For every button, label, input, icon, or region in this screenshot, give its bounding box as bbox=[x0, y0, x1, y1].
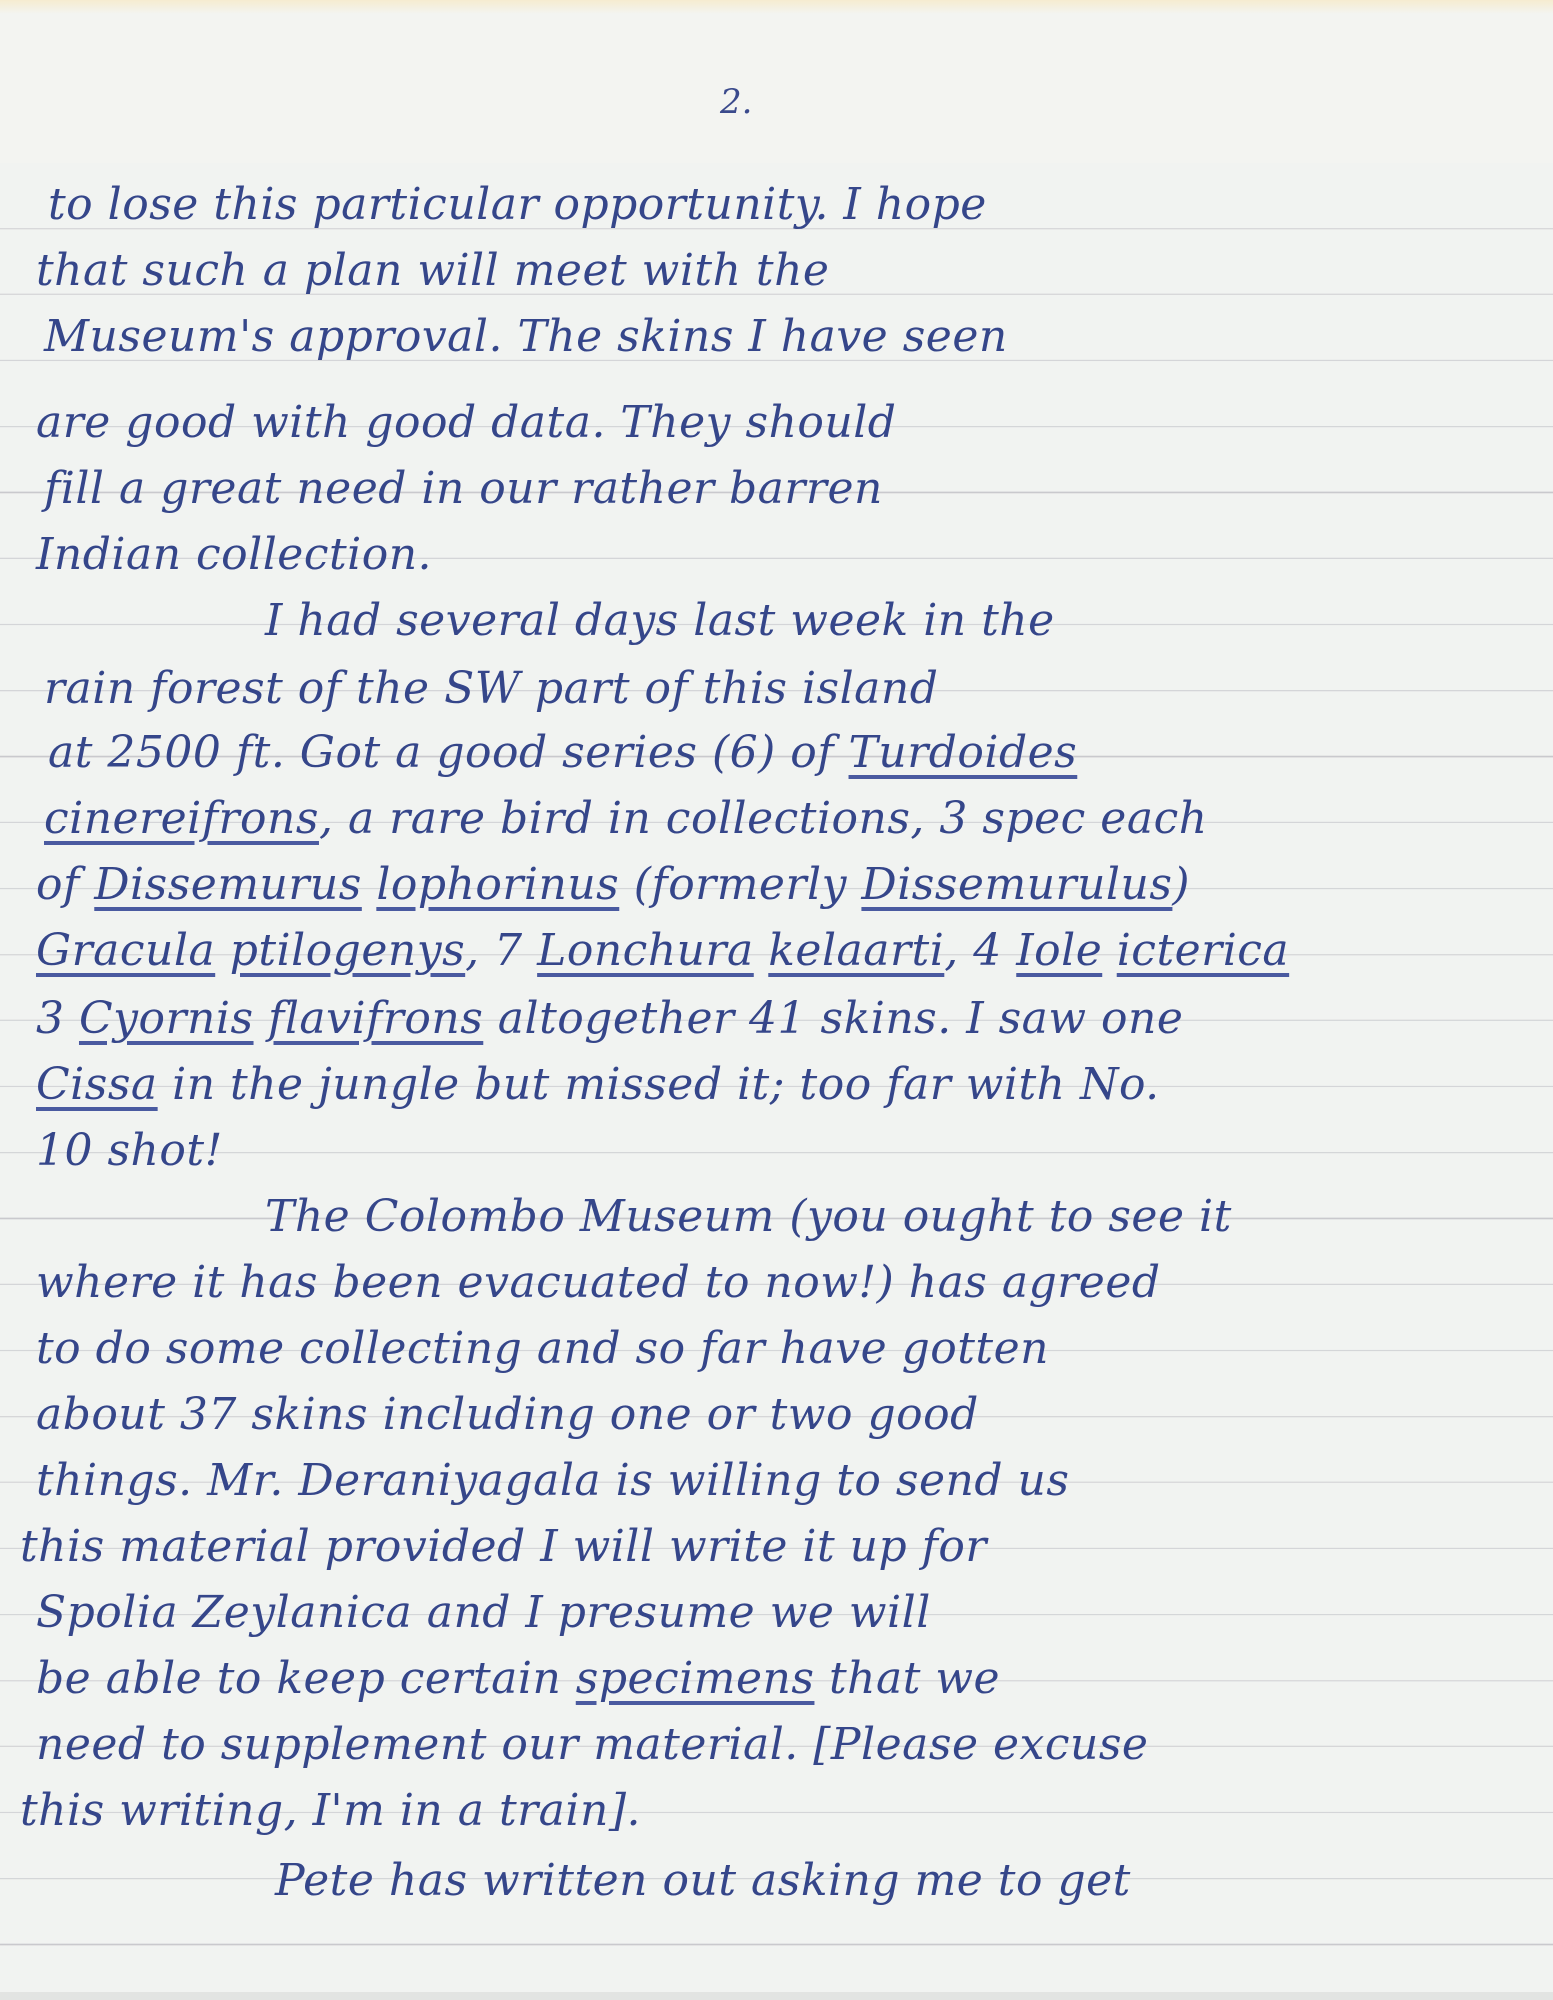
letter-line-20: things. Mr. Deraniyagala is willing to s… bbox=[36, 1456, 1069, 1506]
genus-name: Gracula bbox=[36, 925, 215, 976]
species-name: kelaarti bbox=[768, 925, 944, 976]
letter-line-19: about 37 skins including one or two good bbox=[36, 1390, 979, 1440]
letter-line-14: Cissa in the jungle but missed it; too f… bbox=[36, 1060, 1160, 1110]
letter-line-7: I had several days last week in the bbox=[265, 596, 1055, 646]
line-text bbox=[254, 993, 269, 1044]
genus-name: Lonchura bbox=[537, 925, 754, 976]
line-text: 3 bbox=[36, 993, 79, 1044]
letter-line-26: Pete has written out asking me to get bbox=[275, 1856, 1131, 1906]
species-name: cinereifrons bbox=[44, 793, 319, 844]
letter-line-1: to lose this particular opportunity. I h… bbox=[48, 180, 987, 230]
line-text: at 2500 ft. Got a good series (6) of bbox=[48, 727, 849, 778]
letter-line-11: of Dissemurus lophorinus (formerly Disse… bbox=[36, 860, 1190, 910]
line-text bbox=[362, 859, 377, 910]
letter-line-13: 3 Cyornis flavifrons altogether 41 skins… bbox=[36, 994, 1183, 1044]
letter-line-16: The Colombo Museum (you ought to see it bbox=[265, 1192, 1232, 1242]
species-name: Turdoides bbox=[849, 727, 1078, 778]
line-text: ) bbox=[1172, 859, 1190, 910]
letter-line-9: at 2500 ft. Got a good series (6) of Tur… bbox=[48, 728, 1077, 778]
line-text bbox=[754, 925, 769, 976]
species-name: icterica bbox=[1117, 925, 1289, 976]
line-text: , a rare bird in collections, 3 spec eac… bbox=[319, 793, 1208, 844]
genus-name: Dissemurulus bbox=[861, 859, 1172, 910]
letter-line-21: this material provided I will write it u… bbox=[20, 1522, 987, 1572]
line-text: , 7 bbox=[465, 925, 537, 976]
paper-top-edge bbox=[0, 0, 1553, 14]
species-name: flavifrons bbox=[268, 993, 483, 1044]
genus-name: Cyornis bbox=[79, 993, 254, 1044]
species-name: lophorinus bbox=[376, 859, 619, 910]
letter-line-17: where it has been evacuated to now!) has… bbox=[36, 1258, 1161, 1308]
letter-line-4: are good with good data. They should bbox=[36, 398, 896, 448]
genus-name: Iole bbox=[1016, 925, 1102, 976]
letter-line-22: Spolia Zeylanica and I presume we will bbox=[36, 1588, 931, 1638]
letter-line-23: be able to keep certain specimens that w… bbox=[36, 1654, 1000, 1704]
line-text: in the jungle but missed it; too far wit… bbox=[158, 1059, 1160, 1110]
letter-line-6: Indian collection. bbox=[36, 530, 432, 580]
letter-line-3: Museum's approval. The skins I have seen bbox=[44, 312, 1008, 362]
line-text: (formerly bbox=[619, 859, 861, 910]
line-text: , 4 bbox=[944, 925, 1016, 976]
line-text bbox=[1102, 925, 1117, 976]
line-text bbox=[215, 925, 230, 976]
line-text: of bbox=[36, 859, 94, 910]
line-text: altogether 41 skins. I saw one bbox=[483, 993, 1183, 1044]
letter-line-5: fill a great need in our rather barren bbox=[44, 464, 883, 514]
paper-bottom-edge bbox=[0, 1992, 1553, 2000]
underlined-word: specimens bbox=[576, 1653, 815, 1704]
species-name: ptilogenys bbox=[230, 925, 465, 976]
letter-line-24: need to supplement our material. [Please… bbox=[36, 1720, 1148, 1770]
line-text: be able to keep certain bbox=[36, 1653, 576, 1704]
letter-line-2: that such a plan will meet with the bbox=[36, 246, 829, 296]
letter-line-10: cinereifrons, a rare bird in collections… bbox=[44, 794, 1208, 844]
line-text: that we bbox=[814, 1653, 1000, 1704]
letter-page: 2. to lose this particular opportunity. … bbox=[0, 0, 1553, 2000]
letter-line-8: rain forest of the SW part of this islan… bbox=[44, 664, 938, 714]
genus-name: Dissemurus bbox=[94, 859, 362, 910]
letter-line-18: to do some collecting and so far have go… bbox=[36, 1324, 1049, 1374]
letter-line-15: 10 shot! bbox=[36, 1126, 223, 1176]
letter-line-25: this writing, I'm in a train]. bbox=[20, 1786, 641, 1836]
genus-name: Cissa bbox=[36, 1059, 158, 1110]
page-number: 2. bbox=[720, 82, 752, 122]
letter-line-12: Gracula ptilogenys, 7 Lonchura kelaarti,… bbox=[36, 926, 1289, 976]
